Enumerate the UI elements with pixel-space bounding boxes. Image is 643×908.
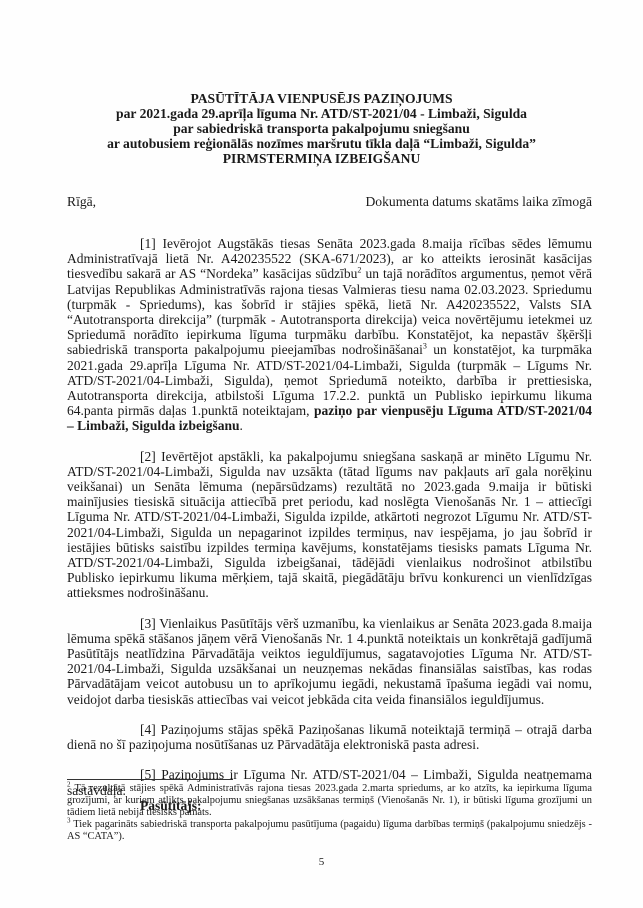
title-line-2: par 2021.gada 29.aprīļa līguma Nr. ATD/S… [0, 106, 643, 121]
place-of-issue: Rīgā, [67, 194, 96, 209]
footnote-3: 3 Tiek pagarināts sabiedriskā transporta… [67, 819, 592, 843]
title-line-4: ar autobusiem reģionālās nozīmes maršrut… [0, 136, 643, 151]
title-line-1: PASŪTĪTĀJA VIENPUSĒJS PAZIŅOJUMS [0, 91, 643, 106]
footnote-2-text: Tā rezultātā stājies spēkā Administratīv… [67, 783, 592, 818]
paragraph-2: [2] Ievērtējot apstākli, ka pakalpojumu … [67, 449, 592, 601]
document-body: [1] Ievērojot Augstākās tiesas Senāta 20… [67, 236, 592, 813]
title-line-5: PIRMSTERMIŅA IZBEIGŠANU [0, 151, 643, 166]
document-page: PASŪTĪTĀJA VIENPUSĒJS PAZIŅOJUMS par 202… [0, 0, 643, 908]
footnote-3-text: Tiek pagarināts sabiedriskā transporta p… [67, 819, 592, 842]
footnote-separator [67, 779, 233, 780]
paragraph-1-end: . [240, 418, 243, 433]
paragraph-3: [3] Vienlaikus Pasūtītājs vērš uzmanību,… [67, 616, 592, 707]
footnote-2: 2 Tā rezultātā stājies spēkā Administrat… [67, 783, 592, 819]
document-title: PASŪTĪTĀJA VIENPUSĒJS PAZIŅOJUMS par 202… [0, 91, 643, 166]
page-number: 5 [0, 856, 643, 868]
paragraph-4: [4] Paziņojums stājas spēkā Paziņošanas … [67, 722, 592, 752]
paragraph-1: [1] Ievērojot Augstākās tiesas Senāta 20… [67, 236, 592, 434]
footnotes: 2 Tā rezultātā stājies spēkā Administrat… [67, 783, 592, 843]
title-line-3: par sabiedriskā transporta pakalpojumu s… [0, 121, 643, 136]
document-date-note: Dokumenta datums skatāms laika zīmogā [365, 194, 592, 209]
